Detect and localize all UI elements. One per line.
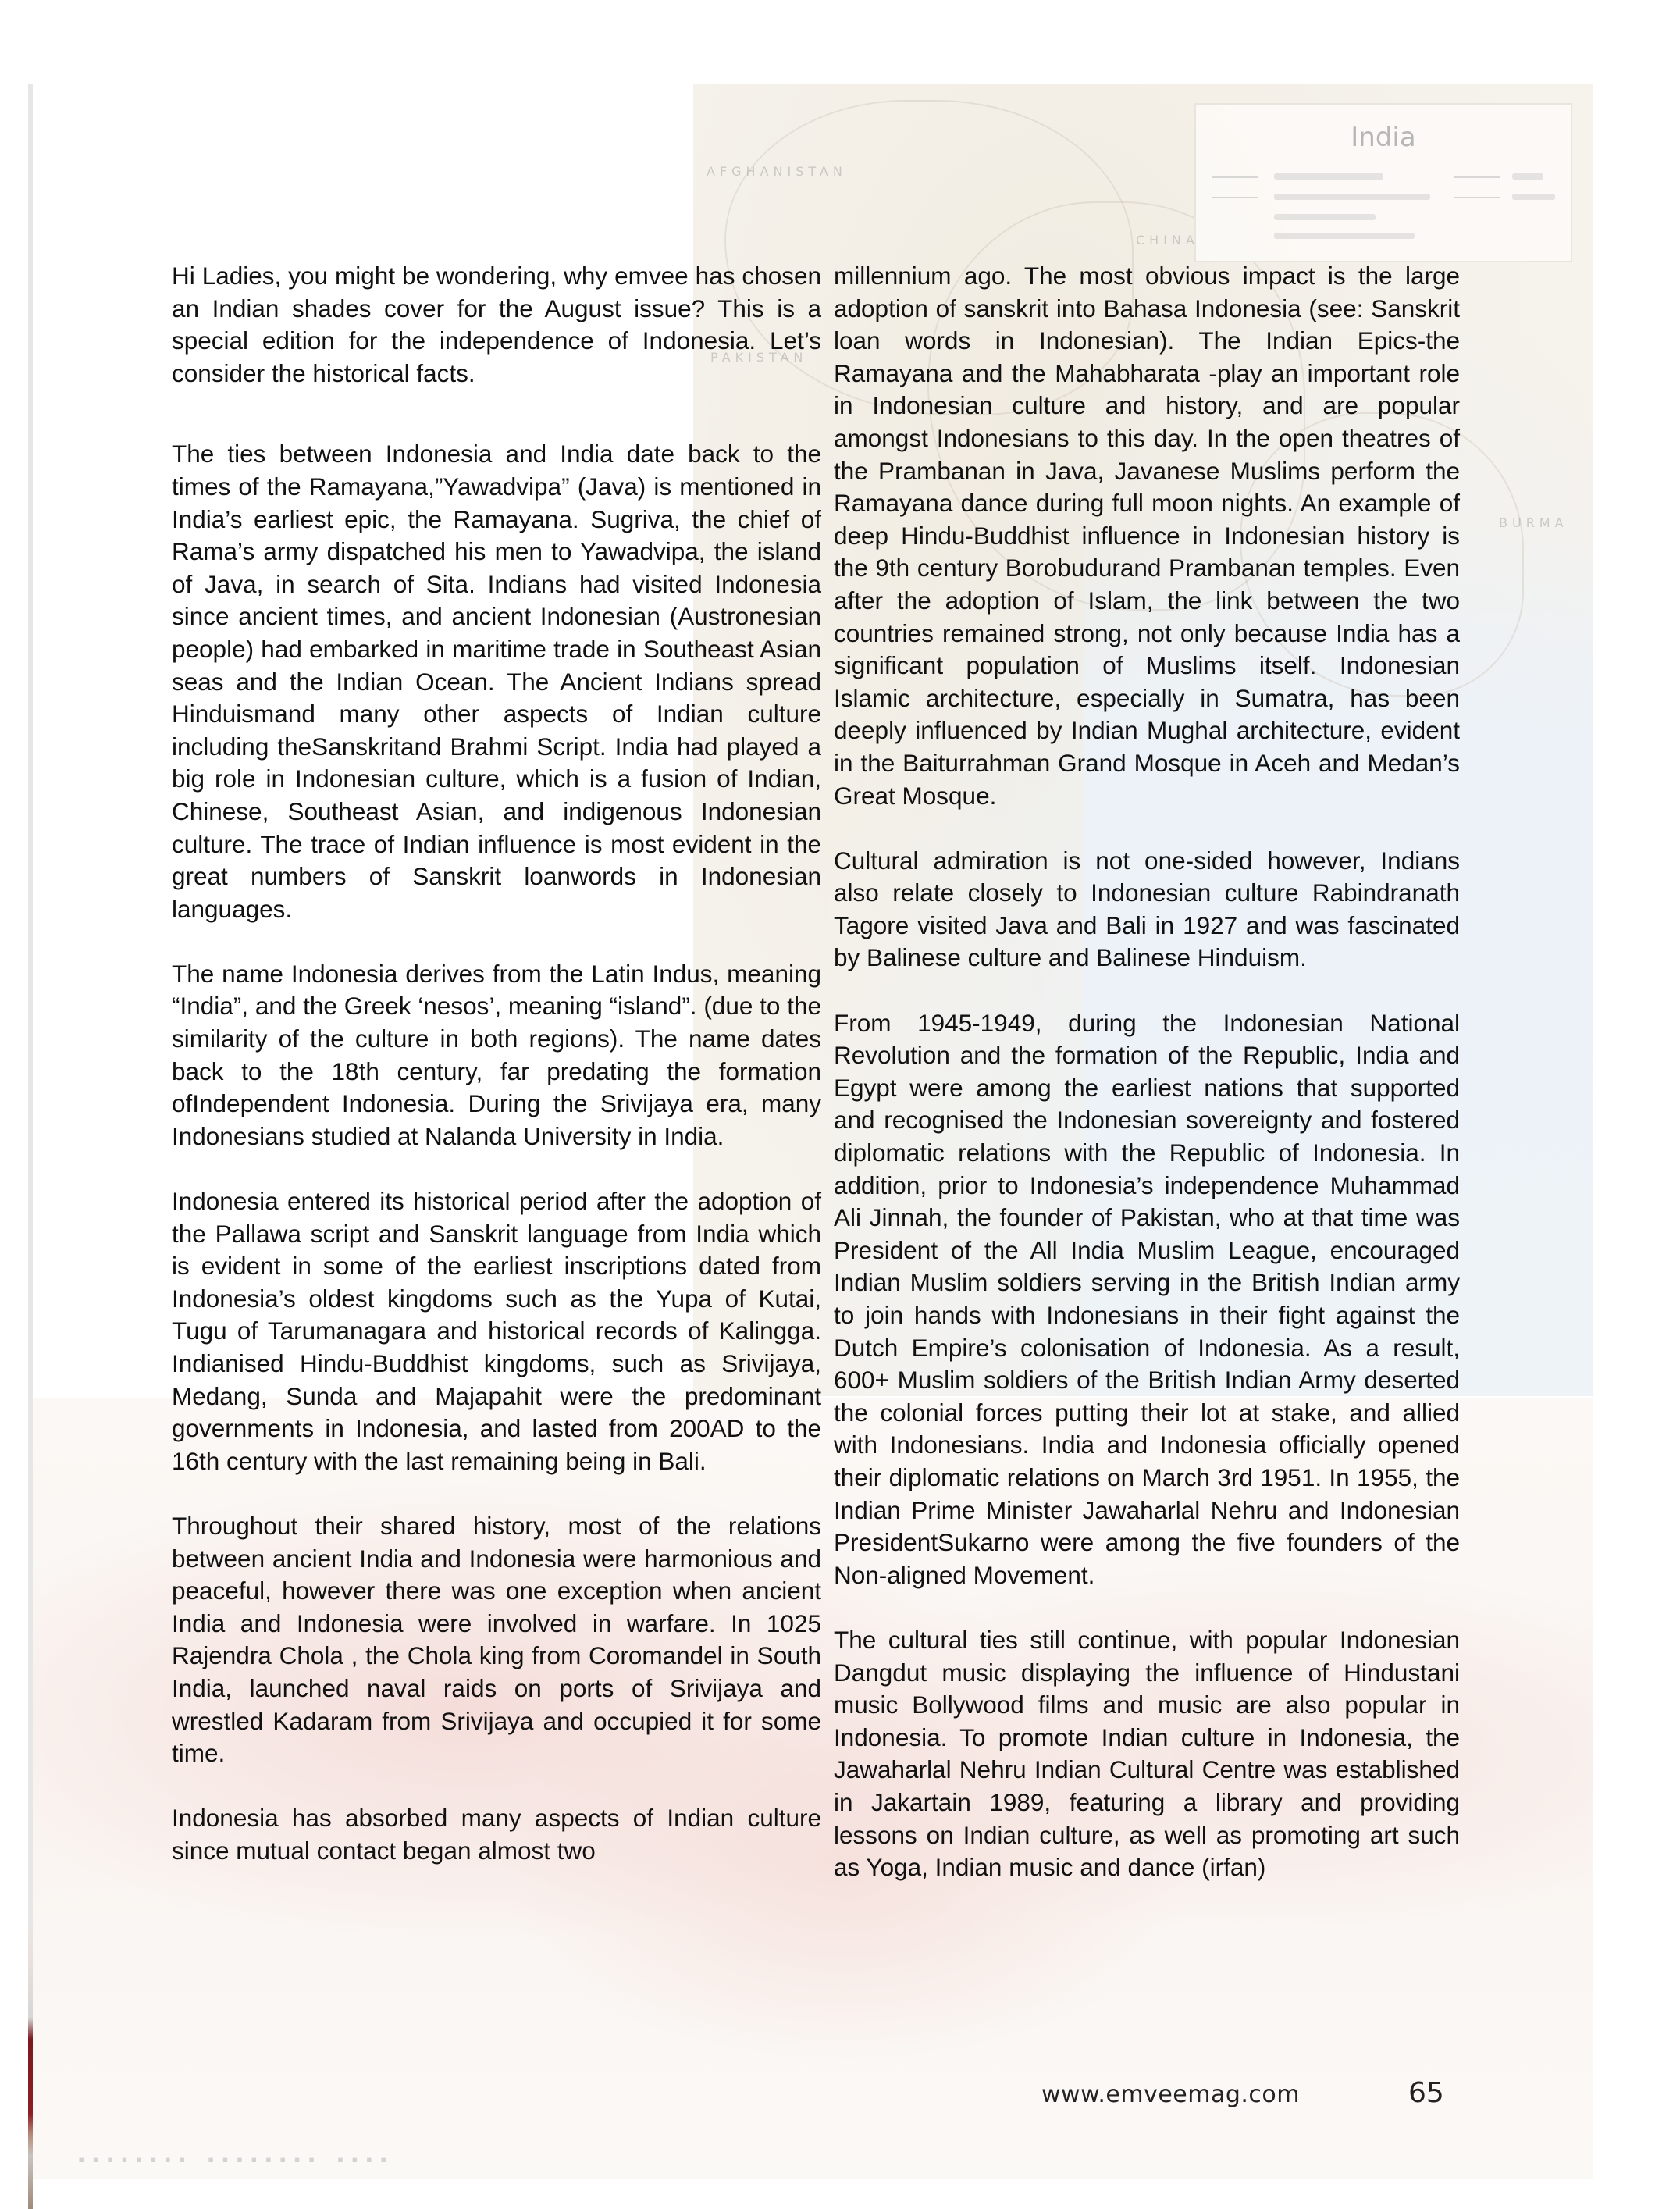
article-paragraph: The cultural ties still continue, with p…	[834, 1624, 1460, 1884]
map-label-afghanistan: AFGHANISTAN	[707, 164, 847, 179]
article-paragraph: millennium ago. The most obvious impact …	[834, 260, 1460, 812]
legend-entry	[1512, 194, 1555, 200]
legend-entry	[1274, 194, 1430, 200]
legend-line-icon	[1212, 197, 1258, 198]
page-number: 65	[1408, 2077, 1444, 2109]
legend-entry	[1274, 214, 1376, 220]
legend-line-icon	[1454, 176, 1500, 178]
map-label-burma: BURMA	[1499, 515, 1568, 530]
article-left-column: Hi Ladies, you might be wondering, why e…	[172, 260, 821, 1868]
map-scale-bar: ▪▪▪▪▪▪▪▪ ▪▪▪▪▪▪▪▪ ▪▪▪▪	[78, 2154, 394, 2166]
legend-entry	[1512, 173, 1543, 180]
map-legend: India	[1194, 103, 1572, 262]
intro-paragraph: Hi Ladies, you might be wondering, why e…	[172, 260, 821, 390]
map-label-china: CHINA	[1136, 233, 1199, 248]
map-legend-title: India	[1196, 122, 1571, 153]
legend-entry	[1274, 173, 1383, 180]
website-link[interactable]: www.emveemag.com	[1041, 2081, 1300, 2108]
article-paragraph: Indonesia has absorbed many aspects of I…	[172, 1802, 821, 1867]
legend-line-icon	[1212, 176, 1258, 178]
article-right-column: millennium ago. The most obvious impact …	[834, 260, 1460, 1884]
legend-entry	[1274, 233, 1415, 239]
article-paragraph: The ties between Indonesia and India dat…	[172, 438, 821, 925]
article-paragraph: From 1945-1949, during the Indonesian Na…	[834, 1007, 1460, 1592]
legend-line-icon	[1454, 197, 1500, 198]
article-paragraph: The name Indonesia derives from the Lati…	[172, 958, 821, 1153]
article-paragraph: Cultural admiration is not one-sided how…	[834, 845, 1460, 974]
article-paragraph: Throughout their shared history, most of…	[172, 1510, 821, 1770]
article-paragraph: Indonesia entered its historical period …	[172, 1185, 821, 1477]
